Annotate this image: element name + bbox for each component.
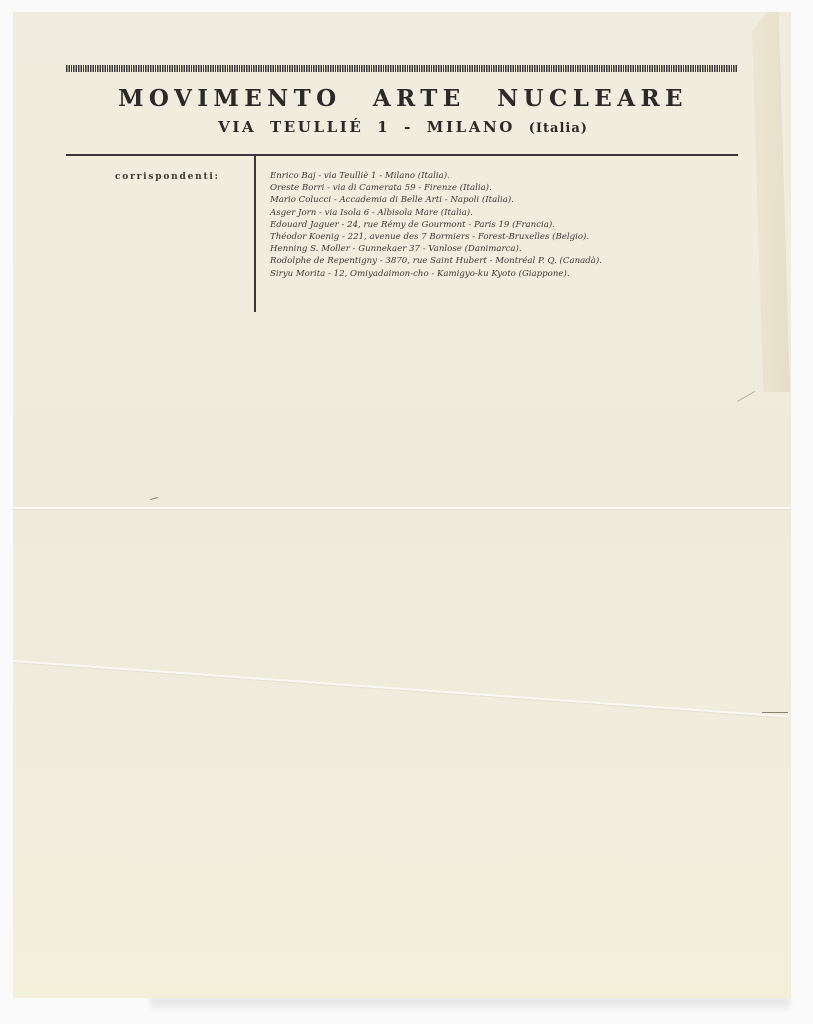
correspondent-entry: Edouard Jaguer - 24, rue Rémy de Gourmon… (270, 219, 602, 231)
correspondents-label: corrispondenti: (115, 172, 220, 182)
letterhead-sheet (13, 12, 791, 998)
address-text: VIA TEULLIÉ 1 - MILANO (218, 118, 515, 136)
fold-crease-upper (13, 507, 791, 509)
correspondent-entry: Henning S. Moller - Gunnekaer 37 - Vanlo… (270, 243, 602, 255)
correspondent-entry: Mario Colucci - Accademia di Belle Arti … (270, 194, 602, 206)
address-country: (Italia) (529, 121, 588, 136)
decorative-dash-bar (66, 65, 738, 72)
correspondent-entry: Rodolphe de Repentigny - 3870, rue Saint… (270, 255, 602, 267)
correspondents-list: Enrico Baj - via Teulliè 1 - Milano (Ita… (270, 170, 602, 280)
correspondent-entry: Enrico Baj - via Teulliè 1 - Milano (Ita… (270, 170, 602, 182)
correspondent-entry: Oreste Borri - via di Camerata 59 - Fire… (270, 182, 602, 194)
correspondent-entry: Asger Jorn - via Isola 6 - Albisola Mare… (270, 207, 602, 219)
letterhead-title: MOVIMENTO ARTE NUCLEARE (66, 85, 740, 112)
correspondent-entry: Siryu Morita - 12, Omiyadaimon-cho - Kam… (270, 268, 602, 280)
horizontal-rule (66, 154, 738, 156)
paper-shadow (150, 998, 790, 1012)
correspondent-entry: Théodor Koenig - 221, avenue des 7 Bormi… (270, 231, 602, 243)
vertical-rule (254, 156, 256, 312)
tear-mark (762, 712, 788, 713)
letterhead-address: VIA TEULLIÉ 1 - MILANO (Italia) (66, 118, 740, 136)
